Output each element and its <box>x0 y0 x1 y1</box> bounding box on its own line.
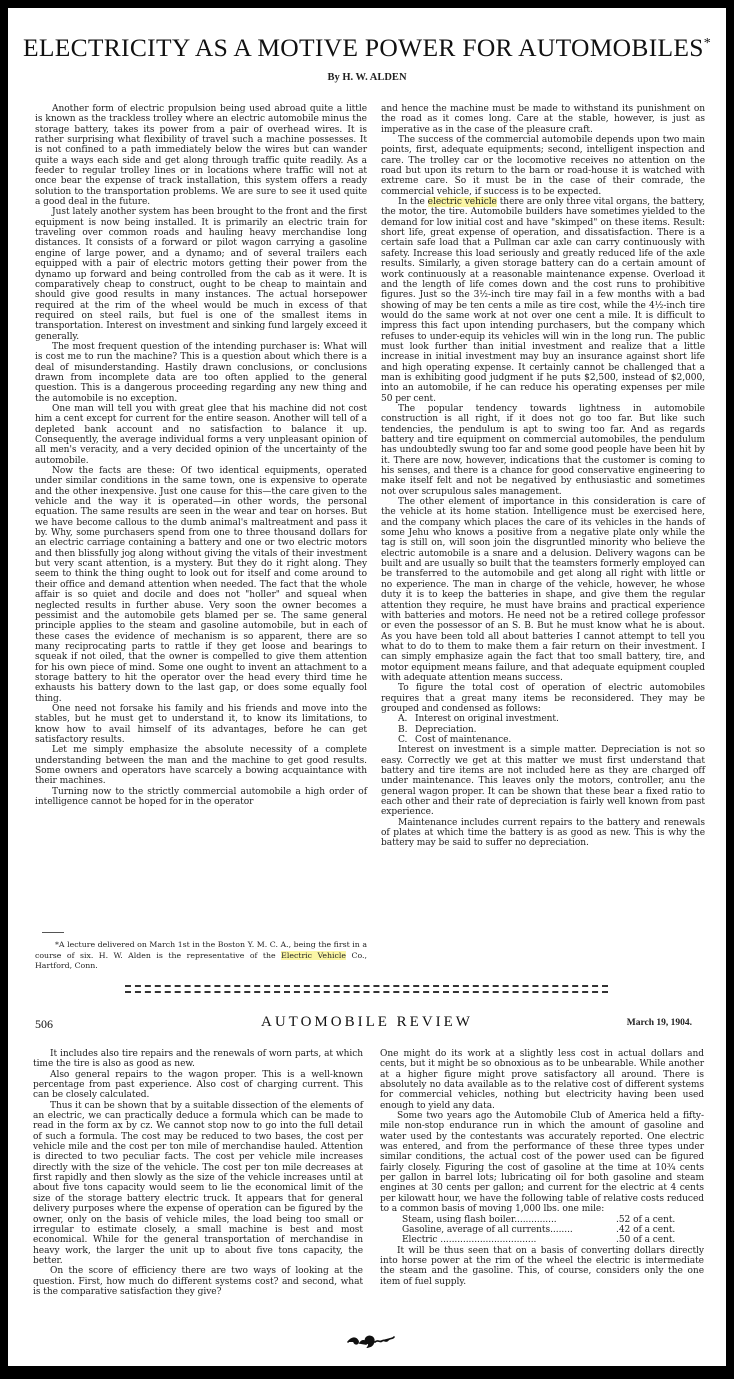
column-3: It includes also tire repairs and the re… <box>33 1049 363 1297</box>
paragraph: To figure the total cost of operation of… <box>381 683 705 714</box>
paragraph: Let me simply emphasize the absolute nec… <box>35 745 367 786</box>
paragraph: Thus it can be shown that by a suitable … <box>33 1101 363 1267</box>
paragraph: One man will tell you with great glee th… <box>35 404 367 466</box>
paragraph: The most frequent question of the intend… <box>35 342 367 404</box>
footnote-marker: * <box>704 36 711 51</box>
list-item: C.Cost of maintenance. <box>381 735 705 745</box>
paragraph: Interest on investment is a simple matte… <box>381 745 705 817</box>
running-head: 506 AUTOMOBILE REVIEW March 19, 1904. <box>8 1014 726 1034</box>
column-2: and hence the machine must be made to wi… <box>381 104 705 849</box>
search-highlight: Electric Vehicle <box>281 951 346 960</box>
cost-row: Gasoline, average of all currents.......… <box>402 1225 704 1235</box>
issue-date: March 19, 1904. <box>627 1018 692 1028</box>
article-title: ELECTRICITY AS A MOTIVE POWER FOR AUTOMO… <box>8 33 726 63</box>
cost-row: Steam, using flash boiler...............… <box>402 1215 704 1225</box>
paragraph: On the score of efficiency there are two… <box>33 1266 363 1297</box>
paragraph: and hence the machine must be made to wi… <box>381 104 705 135</box>
footnote-rule <box>42 932 64 933</box>
paragraph: Maintenance includes current repairs to … <box>381 818 705 849</box>
paragraph: The popular tendency towards lightness i… <box>381 404 705 497</box>
column-1: Another form of electric propulsion bein… <box>35 104 367 807</box>
paragraph: It includes also tire repairs and the re… <box>33 1049 363 1070</box>
paragraph: Some two years ago the Automobile Club o… <box>380 1111 704 1214</box>
search-highlight: electric vehicle <box>428 197 497 207</box>
paragraph: In the electric vehicle there are only t… <box>381 197 705 404</box>
paragraph: It will be thus seen that on a basis of … <box>380 1246 704 1287</box>
paragraph: Another form of electric propulsion bein… <box>35 104 367 207</box>
footnote: *A lecture delivered on March 1st in the… <box>35 940 367 972</box>
list-item: B.Depreciation. <box>381 725 705 735</box>
page-divider <box>125 985 608 993</box>
article-byline: By H. W. ALDEN <box>8 72 726 83</box>
paragraph: Just lately another system has been brou… <box>35 207 367 341</box>
paragraph: Now the facts are these: Of two identica… <box>35 466 367 704</box>
list-item: A.Interest on original investment. <box>381 714 705 724</box>
paragraph: One need not forsake his family and his … <box>35 704 367 745</box>
document-page: ELECTRICITY AS A MOTIVE POWER FOR AUTOMO… <box>8 8 726 1366</box>
paragraph: Turning now to the strictly commercial a… <box>35 787 367 808</box>
column-4: One might do its work at a slightly less… <box>380 1049 704 1287</box>
cost-row: Electric ...............................… <box>402 1235 704 1245</box>
journal-title: AUTOMOBILE REVIEW <box>8 1014 726 1031</box>
paragraph: The other element of importance in this … <box>381 497 705 683</box>
paragraph: The success of the commercial automobile… <box>381 135 705 197</box>
paragraph: Also general repairs to the wagon proper… <box>33 1070 363 1101</box>
paragraph: One might do its work at a slightly less… <box>380 1049 704 1111</box>
ornament-icon <box>346 1334 396 1348</box>
cost-table: Steam, using flash boiler...............… <box>380 1215 704 1246</box>
